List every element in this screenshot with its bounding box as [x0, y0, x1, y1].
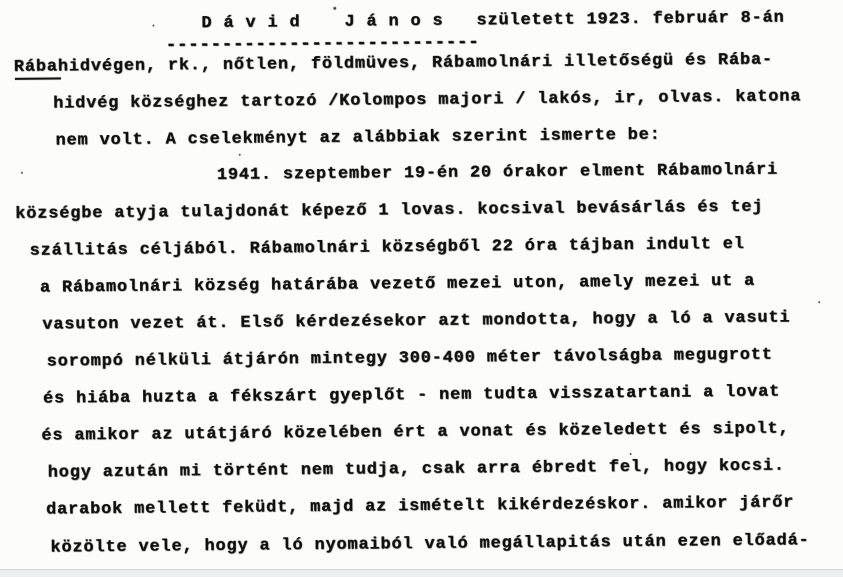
- ink-speck: [239, 154, 241, 156]
- document-heading: D á v i d J á n o s született 1923. febr…: [201, 9, 784, 34]
- ink-speck: [818, 301, 820, 303]
- scan-text-area: D á v i d J á n o s született 1923. febr…: [0, 0, 843, 577]
- text-line: a Rábamolnári község határába vezető mez…: [40, 272, 755, 298]
- text-line: hidvég községhez tartozó /Kolompos major…: [53, 87, 801, 113]
- text-line: és hiába huzta a fékszárt gyeplőt - nem …: [43, 383, 780, 409]
- text-line: hogy azután mi történt nem tudja, csak a…: [48, 457, 785, 483]
- ink-speck: [152, 25, 154, 27]
- text-line: községbe atyja tulajdonát képező 1 lovas…: [15, 198, 763, 224]
- text-line: sorompó nélküli átjárón mintegy 300-400 …: [47, 346, 773, 372]
- text-line: szállitás céljából. Rábamolnári községbő…: [30, 235, 745, 261]
- word-underline-mark: [15, 77, 61, 79]
- ink-speck: [333, 7, 336, 10]
- ink-speck: [630, 453, 632, 455]
- scanned-document-page: D á v i d J á n o s született 1923. febr…: [0, 0, 843, 577]
- ink-speck: [21, 172, 23, 174]
- text-line: vasuton vezet át. Első kérdezésekor azt …: [42, 308, 790, 334]
- text-line: és amikor az utátjáró közelében ért a vo…: [41, 419, 789, 445]
- name-dashed-underline: ----------------------------: [166, 32, 480, 55]
- text-line: 1941. szeptember 19-én 20 órakor elment …: [217, 161, 778, 185]
- page-bottom-edge: [0, 569, 843, 577]
- text-line: közölte vele, hogy a ló nyomaiból való m…: [50, 531, 809, 557]
- text-line: nem volt. A cselekményt az alábbiak szer…: [55, 126, 660, 151]
- text-line: Rábahidvégen, rk., nőtlen, földmüves, Rá…: [14, 51, 773, 77]
- text-line: darabok mellett feküdt, majd az ismételt…: [46, 493, 794, 519]
